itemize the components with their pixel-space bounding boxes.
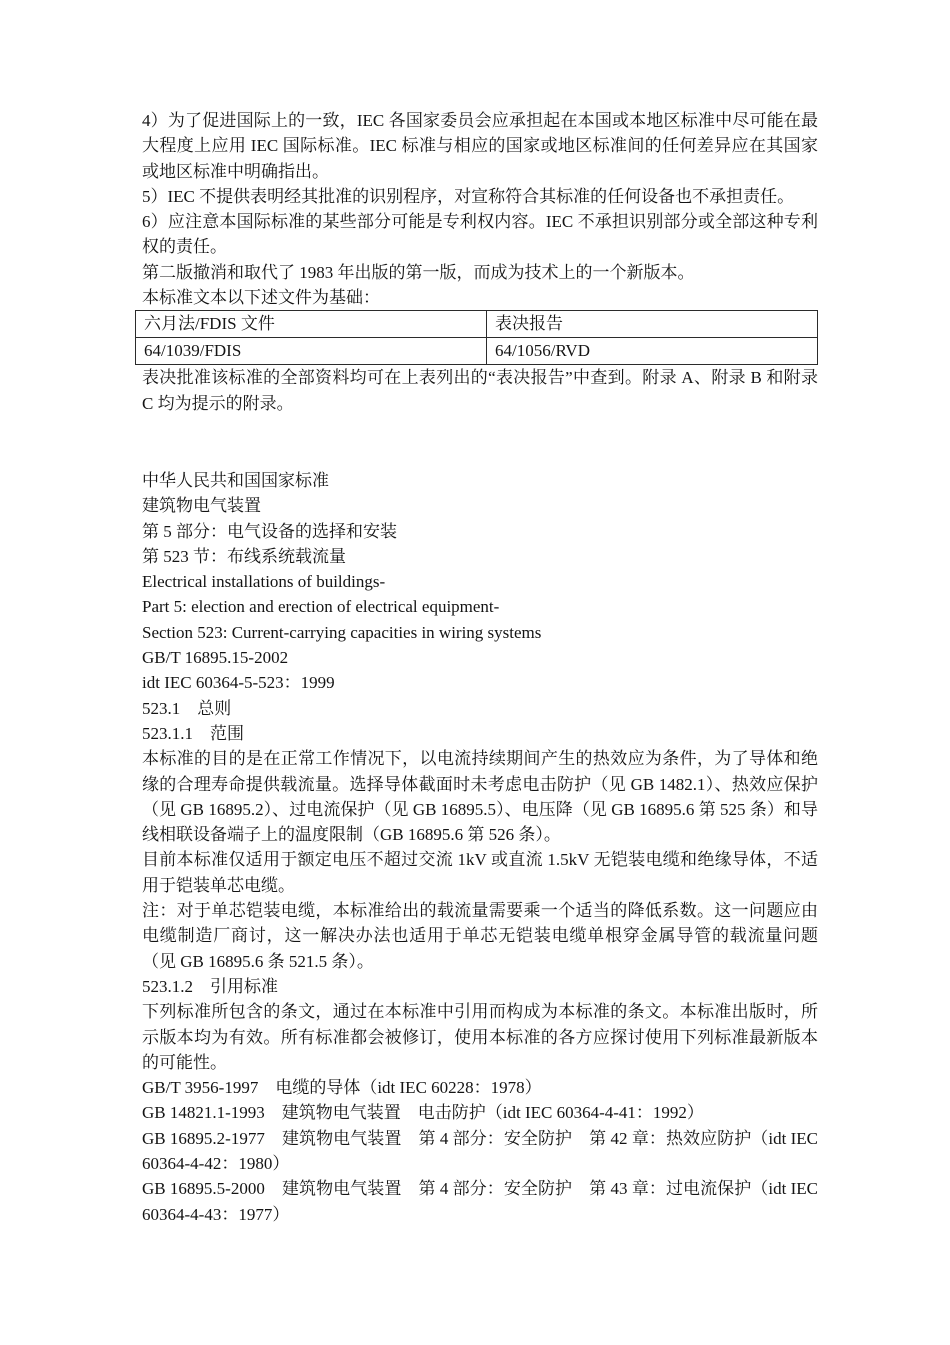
document-content: 4）为了促进国际上的一致，IEC 各国家委员会应承担起在本国或本地区标准中尽可能…	[142, 108, 818, 1227]
reference-entry-1: GB/T 3956-1997 电缆的导体（idt IEC 60228：1978）	[142, 1075, 818, 1100]
table-row: 64/1039/FDIS 64/1056/RVD	[136, 338, 818, 365]
heading-523-1-2: 523.1.2 引用标准	[142, 974, 818, 999]
table-header-voting-report: 表决报告	[487, 311, 818, 338]
title-line-part: 第 5 部分：电气设备的选择和安装	[142, 519, 818, 544]
table-cell-fdis-number: 64/1039/FDIS	[136, 338, 487, 365]
scope-paragraph-2: 目前本标准仅适用于额定电压不超过交流 1kV 或直流 1.5kV 无铠装电缆和绝…	[142, 847, 818, 898]
voting-info: 表决批准该标准的全部资料均可在上表列出的“表决报告”中查到。附录 A、附录 B …	[142, 365, 818, 416]
title-line-english-part: Part 5: election and erection of electri…	[142, 594, 818, 619]
foreword-note-6: 6）应注意本国际标准的某些部分可能是专利权内容。IEC 不承担识别部分或全部这种…	[142, 209, 818, 260]
foreword-note-4: 4）为了促进国际上的一致，IEC 各国家委员会应承担起在本国或本地区标准中尽可能…	[142, 108, 818, 184]
table-header-fdis: 六月法/FDIS 文件	[136, 311, 487, 338]
title-line-idt-number: idt IEC 60364-5-523：1999	[142, 670, 818, 695]
reference-entry-4: GB 16895.5-2000 建筑物电气装置 第 4 部分：安全防护 第 43…	[142, 1176, 818, 1227]
title-line-country: 中华人民共和国国家标准	[142, 468, 818, 493]
edition-note: 第二版撤消和取代了 1983 年出版的第一版，而成为技术上的一个新版本。	[142, 260, 818, 285]
heading-523-1: 523.1 总则	[142, 696, 818, 721]
table-cell-rvd-number: 64/1056/RVD	[487, 338, 818, 365]
title-line-english-subject: Electrical installations of buildings-	[142, 569, 818, 594]
title-line-standard-number: GB/T 16895.15-2002	[142, 645, 818, 670]
reference-entry-2: GB 14821.1-1993 建筑物电气装置 电击防护（idt IEC 603…	[142, 1100, 818, 1125]
document-page: 4）为了促进国际上的一致，IEC 各国家委员会应承担起在本国或本地区标准中尽可能…	[0, 0, 950, 1345]
foreword-note-5: 5）IEC 不提供表明经其批准的识别程序，对宣称符合其标准的任何设备也不承担责任…	[142, 184, 818, 209]
scope-note: 注：对于单芯铠装电缆，本标准给出的载流量需要乘一个适当的降低系数。这一问题应由电…	[142, 898, 818, 974]
table-header-row: 六月法/FDIS 文件 表决报告	[136, 311, 818, 338]
reference-entry-3: GB 16895.2-1977 建筑物电气装置 第 4 部分：安全防护 第 42…	[142, 1126, 818, 1177]
basis-intro: 本标准文本以下述文件为基础：	[142, 285, 818, 310]
voting-documents-table: 六月法/FDIS 文件 表决报告 64/1039/FDIS 64/1056/RV…	[135, 310, 818, 365]
heading-523-1-1: 523.1.1 范围	[142, 721, 818, 746]
section-gap	[142, 416, 818, 468]
title-line-english-section: Section 523: Current-carrying capacities…	[142, 620, 818, 645]
scope-paragraph-1: 本标准的目的是在正常工作情况下，以电流持续期间产生的热效应为条件，为了导体和绝缘…	[142, 746, 818, 847]
standard-title-block: 中华人民共和国国家标准 建筑物电气装置 第 5 部分：电气设备的选择和安装 第 …	[142, 468, 818, 696]
title-line-subject: 建筑物电气装置	[142, 493, 818, 518]
references-intro: 下列标准所包含的条文，通过在本标准中引用而构成为本标准的条文。本标准出版时，所示…	[142, 999, 818, 1075]
title-line-section: 第 523 节：布线系统载流量	[142, 544, 818, 569]
